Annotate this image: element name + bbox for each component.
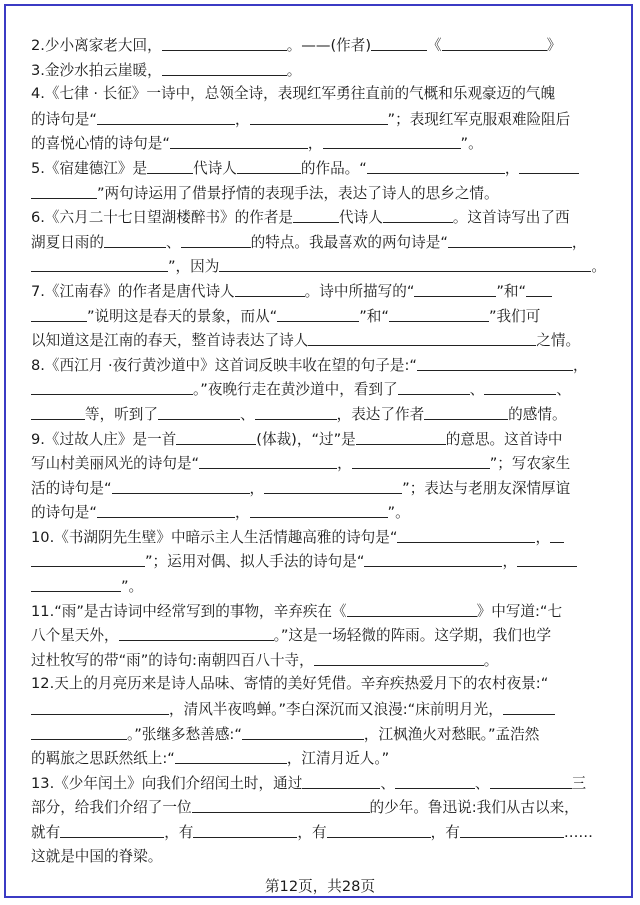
question-text: 。”夜晚行走在黄沙道中，看到了 <box>193 381 398 398</box>
question-line: 湖夏日雨的、的特点。我最喜欢的两句诗是“， <box>31 230 609 255</box>
question-text: ，江枫渔火对愁眠。”孟浩然 <box>364 726 539 743</box>
question-text: ”两句诗运用了借景抒情的表现手法，表达了诗人的思乡之情。 <box>97 185 499 202</box>
fill-in-blank[interactable] <box>162 33 287 51</box>
question-text: 》 <box>547 37 562 54</box>
question-text: ”。 <box>121 578 143 595</box>
question-text: 13.《少年闰土》向我们介绍闰土时，通过 <box>31 775 302 792</box>
question-text: 5.《宿建德江》是 <box>31 160 147 177</box>
question-line: 。”张继多愁善感:“，江枫渔火对愁眠。”孟浩然 <box>31 722 609 747</box>
fill-in-blank[interactable] <box>442 33 547 51</box>
question-text: 的诗句是“ <box>31 111 97 128</box>
question-text: 等，听到了 <box>85 406 158 423</box>
fill-in-blank[interactable] <box>31 549 145 567</box>
fill-in-blank[interactable] <box>31 574 121 592</box>
question-line: 就有，有，有，有…… <box>31 820 609 845</box>
question-line: 13.《少年闰土》向我们介绍闰土时，通过、、三 <box>31 771 609 796</box>
question-text: 。 <box>591 258 606 275</box>
question-5: 5.《宿建德江》是代诗人的作品。“，”两句诗运用了借景抒情的表现手法，表达了诗人… <box>31 156 609 205</box>
question-text: 3.金沙水拍云崖暖， <box>31 62 162 79</box>
question-8: 8.《西江月 ·夜行黄沙道中》这首词反映丰收在望的句子是:“，。”夜晚行走在黄沙… <box>31 353 609 427</box>
fill-in-blank[interactable] <box>424 402 508 420</box>
question-text: 。”张继多愁善感:“ <box>127 726 242 743</box>
fill-in-blank[interactable] <box>398 377 470 395</box>
question-text: ，有 <box>297 824 326 841</box>
question-text: ， <box>505 160 520 177</box>
fill-in-blank[interactable] <box>192 795 370 813</box>
question-text: 湖夏日雨的 <box>31 234 104 251</box>
question-text: 三 <box>572 775 587 792</box>
fill-in-blank[interactable] <box>414 279 496 297</box>
fill-in-blank[interactable] <box>314 648 484 666</box>
fill-in-blank[interactable] <box>31 697 169 715</box>
question-line: 5.《宿建德江》是代诗人的作品。“， <box>31 156 609 181</box>
question-text: ， <box>573 357 588 374</box>
question-text: ， <box>337 455 352 472</box>
question-text: 、 <box>475 775 490 792</box>
question-text: 7.《江南春》的作者是唐代诗人 <box>31 283 235 300</box>
question-line: ”。 <box>31 574 609 599</box>
question-text: 。这首诗写出了西 <box>453 209 570 226</box>
fill-in-blank[interactable] <box>490 771 572 789</box>
question-line: 部分，给我们介绍了一位的少年。鲁迅说:我们从古以来， <box>31 795 609 820</box>
question-text: 的感情。 <box>508 406 566 423</box>
fill-in-blank[interactable] <box>97 107 235 125</box>
fill-in-blank[interactable] <box>162 58 287 76</box>
question-text: 。”这是一场轻微的阵雨。这学期，我们也学 <box>274 627 552 644</box>
question-12: 12.天上的月亮历来是诗人品味、寄情的美好凭借。辛弃疾热爱月下的农村夜景:“，清… <box>31 672 609 770</box>
question-text: 、 <box>470 381 485 398</box>
question-text: 代诗人 <box>193 160 237 177</box>
question-text: 6.《六月二十七日望湖楼醉书》的作者是 <box>31 209 293 226</box>
fill-in-blank[interactable] <box>199 451 337 469</box>
question-text: ，有 <box>164 824 193 841</box>
question-line: 10.《书湖阴先生壁》中暗示主人生活情趣高雅的诗句是“， <box>31 525 609 550</box>
fill-in-blank[interactable] <box>302 771 380 789</box>
question-text: 之情。 <box>536 332 580 349</box>
question-text: ， <box>235 111 250 128</box>
question-text: 的诗句是“ <box>31 504 97 521</box>
question-text: 、 <box>166 234 181 251</box>
question-line: 7.《江南春》的作者是唐代诗人。诗中所描写的“”和“ <box>31 279 609 304</box>
fill-in-blank[interactable] <box>176 427 256 445</box>
fill-in-blank[interactable] <box>181 230 251 248</box>
question-text: ， <box>250 480 265 497</box>
question-line: 等，听到了、，表达了作者的感情。 <box>31 402 609 427</box>
question-3: 3.金沙水拍云崖暖，。 <box>31 58 609 83</box>
fill-in-blank[interactable] <box>293 205 339 223</box>
question-text: 八个星天外， <box>31 627 119 644</box>
question-6: 6.《六月二十七日望湖楼醉书》的作者是代诗人。这首诗写出了西湖夏日雨的、的特点。… <box>31 205 609 279</box>
question-text: ”；运用对偶、拟人手法的诗句是“ <box>145 553 364 570</box>
question-text: ， <box>572 234 587 251</box>
fill-in-blank[interactable] <box>517 549 577 567</box>
question-text: ”，因为 <box>168 258 219 275</box>
question-line: 写山村美丽风光的诗句是“，”；写农家生 <box>31 451 609 476</box>
question-text: 。诗中所描写的“ <box>305 283 415 300</box>
fill-in-blank[interactable] <box>104 230 166 248</box>
question-13: 13.《少年闰土》向我们介绍闰土时，通过、、三部分，给我们介绍了一位的少年。鲁迅… <box>31 771 609 869</box>
fill-in-blank[interactable] <box>323 131 461 149</box>
question-text: ，表达了作者 <box>337 406 425 423</box>
question-line: 这就是中国的脊梁。 <box>31 845 609 870</box>
fill-in-blank[interactable] <box>31 181 97 199</box>
fill-in-blank[interactable] <box>250 500 388 518</box>
fill-in-blank[interactable] <box>31 402 85 420</box>
question-text: ”我们可 <box>489 308 540 325</box>
fill-in-blank[interactable] <box>356 427 446 445</box>
question-text: 代诗人 <box>339 209 383 226</box>
question-4: 4.《七律 · 长征》一诗中，总领全诗，表现红军勇往直前的气概和乐观豪迈的气魄的… <box>31 82 609 156</box>
question-text: 、 <box>380 775 395 792</box>
question-line: 活的诗句是“，”；表达与老朋友深情厚谊 <box>31 476 609 501</box>
question-7: 7.《江南春》的作者是唐代诗人。诗中所描写的“”和“”说明这是春天的景象，而从“… <box>31 279 609 353</box>
question-text: 活的诗句是“ <box>31 480 112 497</box>
question-text: 、 <box>240 406 255 423</box>
fill-in-blank[interactable] <box>383 205 453 223</box>
question-line: ”，因为。 <box>31 254 609 279</box>
fill-in-blank[interactable] <box>235 279 305 297</box>
question-line: 6.《六月二十七日望湖楼醉书》的作者是代诗人。这首诗写出了西 <box>31 205 609 230</box>
question-text: ， <box>502 553 517 570</box>
question-text: ，有 <box>431 824 460 841</box>
fill-in-blank[interactable] <box>503 697 555 715</box>
fill-in-blank[interactable] <box>112 476 250 494</box>
fill-in-blank[interactable] <box>255 402 337 420</box>
fill-in-blank[interactable] <box>264 476 402 494</box>
question-text: 过杜牧写的带“雨”的诗句:南朝四百八十寺， <box>31 652 314 669</box>
fill-in-blank[interactable] <box>550 525 564 543</box>
worksheet-content: 2.少小离家老大回，。——(作者)《》3.金沙水拍云崖暖，。4.《七律 · 长征… <box>31 33 609 869</box>
question-line: 以知道这是江南的春天，整首诗表达了诗人之情。 <box>31 328 609 353</box>
question-text: 的特点。我最喜欢的两句诗是“ <box>251 234 448 251</box>
page-footer: 第12页，共28页 <box>0 876 640 898</box>
question-text: ， <box>535 529 550 546</box>
fill-in-blank[interactable] <box>147 156 193 174</box>
question-text: ”和“ <box>496 283 526 300</box>
question-text: 部分，给我们介绍了一位 <box>31 799 192 816</box>
question-line: 9.《过故人庄》是一首(体裁)，“过”是的意思。这首诗中 <box>31 427 609 452</box>
fill-in-blank[interactable] <box>367 156 505 174</box>
question-text: 以知道这是江南的春天，整首诗表达了诗人 <box>31 332 308 349</box>
question-text: ”；写农家生 <box>490 455 571 472</box>
question-text: 的作品。“ <box>301 160 367 177</box>
fill-in-blank[interactable] <box>158 402 240 420</box>
question-line: 4.《七律 · 长征》一诗中，总领全诗，表现红军勇往直前的气概和乐观豪迈的气魄 <box>31 82 609 107</box>
question-text: 《 <box>427 37 442 54</box>
question-line: 。”夜晚行走在黄沙道中，看到了、、 <box>31 377 609 402</box>
question-text: 。 <box>287 62 302 79</box>
question-text: ”；表达与老朋友深情厚谊 <box>402 480 570 497</box>
question-line: 的羁旅之思跃然纸上:“，江清月近人。” <box>31 746 609 771</box>
question-text: …… <box>564 824 593 841</box>
question-line: 12.天上的月亮历来是诗人品味、寄情的美好凭借。辛弃疾热爱月下的农村夜景:“ <box>31 672 609 697</box>
fill-in-blank[interactable] <box>526 279 552 297</box>
question-text: ，江清月近人。” <box>287 750 389 767</box>
fill-in-blank[interactable] <box>31 722 127 740</box>
question-text: 10.《书湖阴先生壁》中暗示主人生活情趣高雅的诗句是“ <box>31 529 397 546</box>
question-text: 。——(作者) <box>287 37 371 54</box>
question-9: 9.《过故人庄》是一首(体裁)，“过”是的意思。这首诗中写山村美丽风光的诗句是“… <box>31 427 609 525</box>
fill-in-blank[interactable] <box>397 525 535 543</box>
question-line: 过杜牧写的带“雨”的诗句:南朝四百八十寺，。 <box>31 648 609 673</box>
fill-in-blank[interactable] <box>347 599 477 617</box>
question-line: ，清风半夜鸣蝉。”李白深沉而又浪漫:“床前明月光， <box>31 697 609 722</box>
question-text: 这就是中国的脊梁。 <box>31 848 162 865</box>
question-text: 、 <box>556 381 571 398</box>
fill-in-blank[interactable] <box>60 820 164 838</box>
question-text: 的喜悦心情的诗句是“ <box>31 135 170 152</box>
fill-in-blank[interactable] <box>219 254 591 272</box>
fill-in-blank[interactable] <box>364 549 502 567</box>
question-line: ”；运用对偶、拟人手法的诗句是“， <box>31 549 609 574</box>
fill-in-blank[interactable] <box>352 451 490 469</box>
question-text: 就有 <box>31 824 60 841</box>
fill-in-blank[interactable] <box>308 328 536 346</box>
question-text: ”。 <box>461 135 483 152</box>
question-line: 的诗句是“，”；表现红军克服艰难险阻后 <box>31 107 609 132</box>
question-text: 的羁旅之思跃然纸上:“ <box>31 750 175 767</box>
fill-in-blank[interactable] <box>119 623 274 641</box>
fill-in-blank[interactable] <box>170 131 308 149</box>
question-text: ”说明这是春天的景象，而从“ <box>87 308 277 325</box>
fill-in-blank[interactable] <box>97 500 235 518</box>
question-text: ， <box>235 504 250 521</box>
fill-in-blank[interactable] <box>31 254 168 272</box>
question-line: 的诗句是“，”。 <box>31 500 609 525</box>
fill-in-blank[interactable] <box>31 304 87 322</box>
question-10: 10.《书湖阴先生壁》中暗示主人生活情趣高雅的诗句是“，”；运用对偶、拟人手法的… <box>31 525 609 599</box>
fill-in-blank[interactable] <box>327 820 431 838</box>
question-line: ”两句诗运用了借景抒情的表现手法，表达了诗人的思乡之情。 <box>31 181 609 206</box>
question-text: (体裁)，“过”是 <box>256 431 355 448</box>
fill-in-blank[interactable] <box>193 820 297 838</box>
question-text: 。 <box>484 652 499 669</box>
fill-in-blank[interactable] <box>242 722 364 740</box>
fill-in-blank[interactable] <box>448 230 572 248</box>
question-line: 8.《西江月 ·夜行黄沙道中》这首词反映丰收在望的句子是:“， <box>31 353 609 378</box>
question-text: 的少年。鲁迅说:我们从古以来， <box>370 799 579 816</box>
question-text: ”；表现红军克服艰难险阻后 <box>388 111 571 128</box>
question-line: 的喜悦心情的诗句是“，”。 <box>31 131 609 156</box>
fill-in-blank[interactable] <box>31 377 193 395</box>
question-text: ， <box>308 135 323 152</box>
question-text: 2.少小离家老大回， <box>31 37 162 54</box>
question-2: 2.少小离家老大回，。——(作者)《》 <box>31 33 609 58</box>
fill-in-blank[interactable] <box>371 33 427 51</box>
question-line: 2.少小离家老大回，。——(作者)《》 <box>31 33 609 58</box>
question-text: 4.《七律 · 长征》一诗中，总领全诗，表现红军勇往直前的气概和乐观豪迈的气魄 <box>31 85 555 102</box>
fill-in-blank[interactable] <box>484 377 556 395</box>
fill-in-blank[interactable] <box>389 304 489 322</box>
question-text: ”。 <box>388 504 410 521</box>
question-line: 3.金沙水拍云崖暖，。 <box>31 58 609 83</box>
fill-in-blank[interactable] <box>460 820 564 838</box>
question-text: 的意思。这首诗中 <box>446 431 563 448</box>
question-text: 写山村美丽风光的诗句是“ <box>31 455 199 472</box>
question-line: 11.“雨”是古诗词中经常写到的事物，辛弃疾在《》中写道:“七 <box>31 599 609 624</box>
fill-in-blank[interactable] <box>237 156 301 174</box>
question-text: 》中写道:“七 <box>477 603 562 620</box>
question-11: 11.“雨”是古诗词中经常写到的事物，辛弃疾在《》中写道:“七八个星天外，。”这… <box>31 599 609 673</box>
question-text: ”和“ <box>359 308 389 325</box>
question-text: 11.“雨”是古诗词中经常写到的事物，辛弃疾在《 <box>31 603 347 620</box>
question-text: 8.《西江月 ·夜行黄沙道中》这首词反映丰收在望的句子是:“ <box>31 357 417 374</box>
question-line: ”说明这是春天的景象，而从“”和“”我们可 <box>31 304 609 329</box>
fill-in-blank[interactable] <box>395 771 475 789</box>
fill-in-blank[interactable] <box>250 107 388 125</box>
fill-in-blank[interactable] <box>417 353 573 371</box>
fill-in-blank[interactable] <box>175 746 287 764</box>
question-text: ，清风半夜鸣蝉。”李白深沉而又浪漫:“床前明月光， <box>169 701 503 718</box>
question-text: 12.天上的月亮历来是诗人品味、寄情的美好凭借。辛弃疾热爱月下的农村夜景:“ <box>31 675 548 692</box>
question-text: 9.《过故人庄》是一首 <box>31 431 176 448</box>
question-line: 八个星天外，。”这是一场轻微的阵雨。这学期，我们也学 <box>31 623 609 648</box>
fill-in-blank[interactable] <box>277 304 359 322</box>
fill-in-blank[interactable] <box>519 156 579 174</box>
